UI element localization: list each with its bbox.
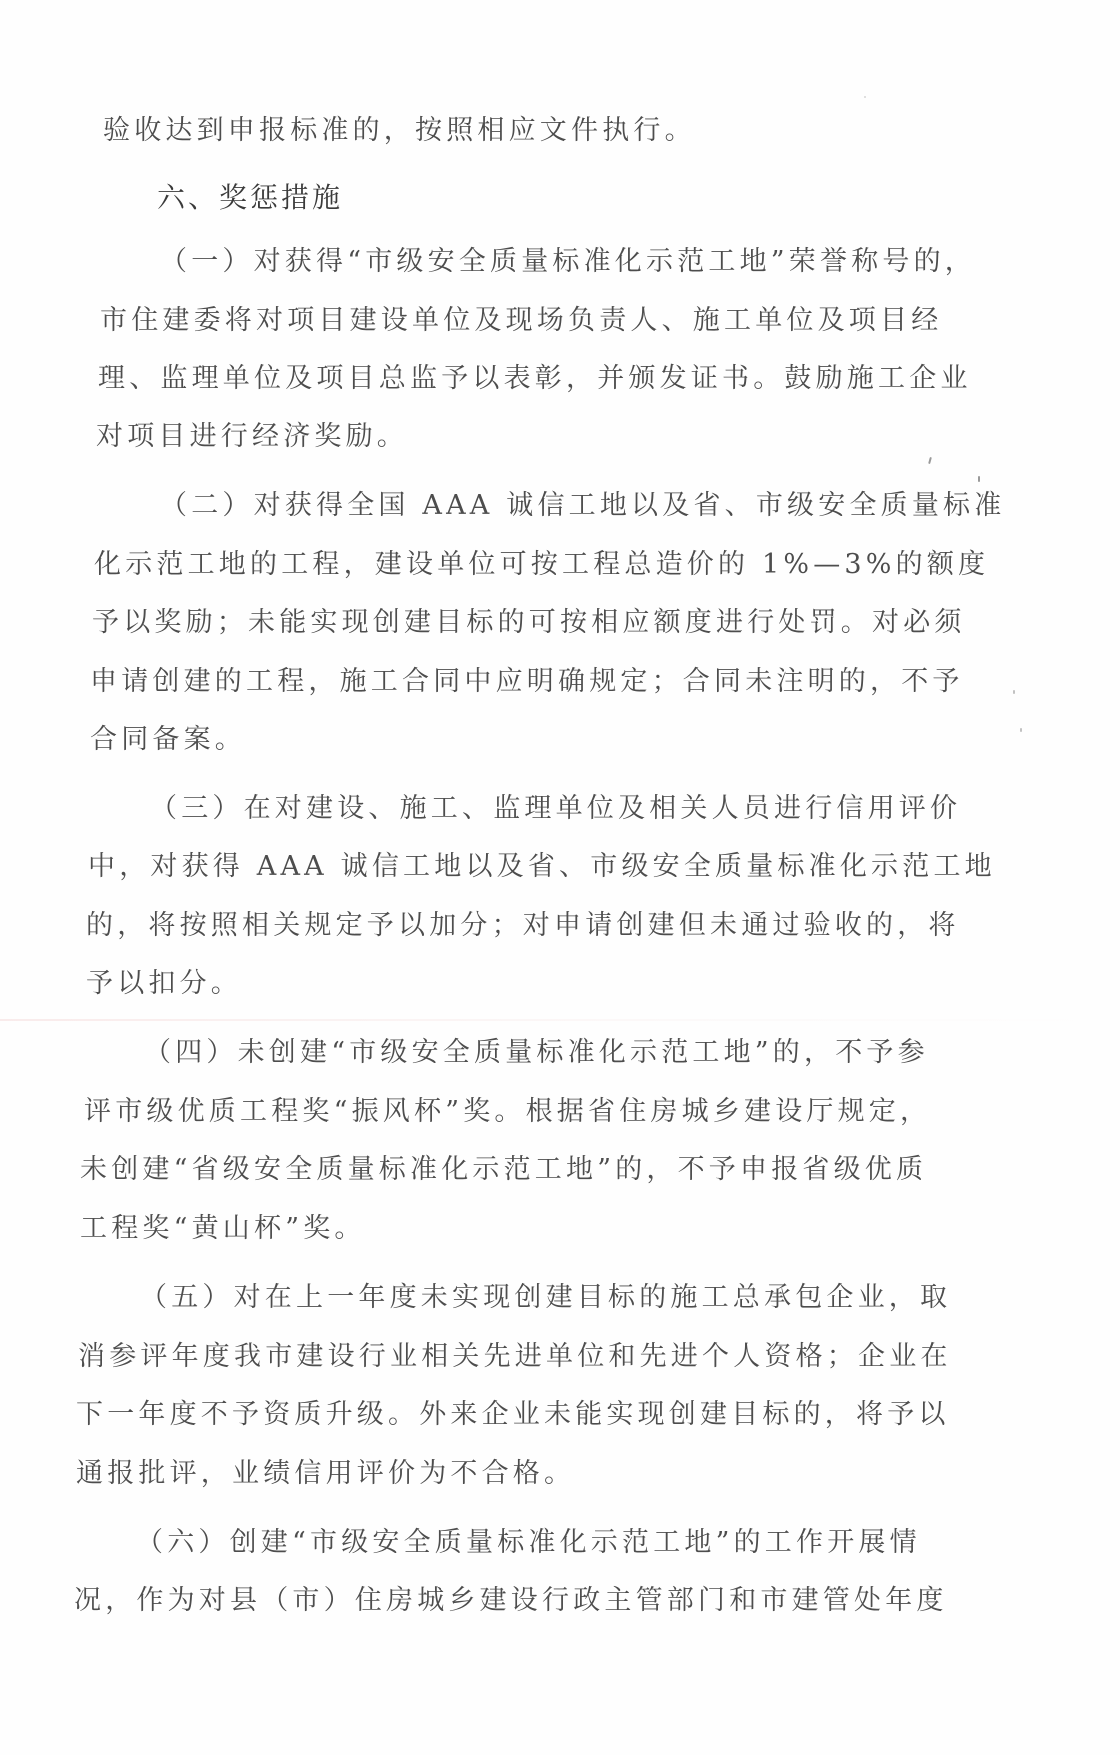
scanned-document-page: 验收达到申报标准的，按照相应文件执行。 六、奖惩措施 （一）对获得“市级安全质量…	[0, 0, 1120, 1755]
doc-line-7: （二）对获得全国 AAA 诚信工地以及省、市级安全质量标准	[160, 489, 1005, 523]
scan-speck	[864, 96, 866, 98]
doc-line-23: 通报批评，业绩信用评价为不合格。	[76, 1457, 575, 1491]
doc-line-15: 予以扣分。	[86, 967, 242, 1001]
doc-line-25: 况，作为对县（市）住房城乡建设行政主管部门和市建管处年度	[74, 1584, 948, 1618]
doc-line-18: 未创建“省级安全质量标准化示范工地”的，不予申报省级优质	[80, 1153, 927, 1187]
scan-speck	[1020, 728, 1022, 732]
scan-speck	[978, 476, 980, 482]
doc-line-4: 市住建委将对项目建设单位及现场负责人、施工单位及项目经	[100, 304, 942, 338]
doc-line-14: 的，将按照相关规定予以加分；对申请创建但未通过验收的，将	[86, 909, 960, 943]
doc-line-3: （一）对获得“市级安全质量标准化示范工地”荣誉称号的，	[160, 245, 976, 279]
doc-line-17: 评市级优质工程奖“振风杯”奖。根据省住房城乡建设厅规定，	[84, 1095, 931, 1129]
doc-line-8: 化示范工地的工程，建设单位可按工程总造价的 1%—3%的额度	[94, 548, 989, 582]
doc-line-6: 对项目进行经济奖励。	[96, 420, 408, 454]
doc-line-11: 合同备案。	[90, 723, 246, 757]
doc-line-21: 消参评年度我市建设行业相关先进单位和先进个人资格；企业在	[78, 1340, 952, 1374]
doc-line-16: （四）未创建“市级安全质量标准化示范工地”的，不予参	[144, 1036, 929, 1070]
doc-line-24: （六）创建“市级安全质量标准化示范工地”的工作开展情	[136, 1526, 921, 1560]
doc-line-13: 中，对获得 AAA 诚信工地以及省、市级安全质量标准化示范工地	[88, 850, 996, 884]
doc-line-20: （五）对在上一年度未实现创建目标的施工总承包企业，取	[140, 1281, 951, 1315]
scan-speck	[928, 457, 932, 464]
doc-line-5: 理、监理单位及项目总监予以表彰，并颁发证书。鼓励施工企业	[98, 362, 972, 396]
section-heading-rewards-penalties: 六、奖惩措施	[157, 181, 343, 215]
scan-speck	[1013, 690, 1015, 694]
doc-line-9: 予以奖励；未能实现创建目标的可按相应额度进行处罚。对必须	[92, 606, 966, 640]
doc-line-19: 工程奖“黄山杯”奖。	[80, 1212, 366, 1246]
doc-line-10: 申请创建的工程，施工合同中应明确规定；合同未注明的，不予	[90, 665, 964, 699]
doc-line-12: （三）在对建设、施工、监理单位及相关人员进行信用评价	[150, 792, 961, 826]
doc-line-22: 下一年度不予资质升级。外来企业未能实现创建目标的，将予以	[76, 1398, 950, 1432]
doc-line-1: 验收达到申报标准的，按照相应文件执行。	[103, 114, 696, 148]
scan-fold-line	[0, 1019, 1120, 1021]
